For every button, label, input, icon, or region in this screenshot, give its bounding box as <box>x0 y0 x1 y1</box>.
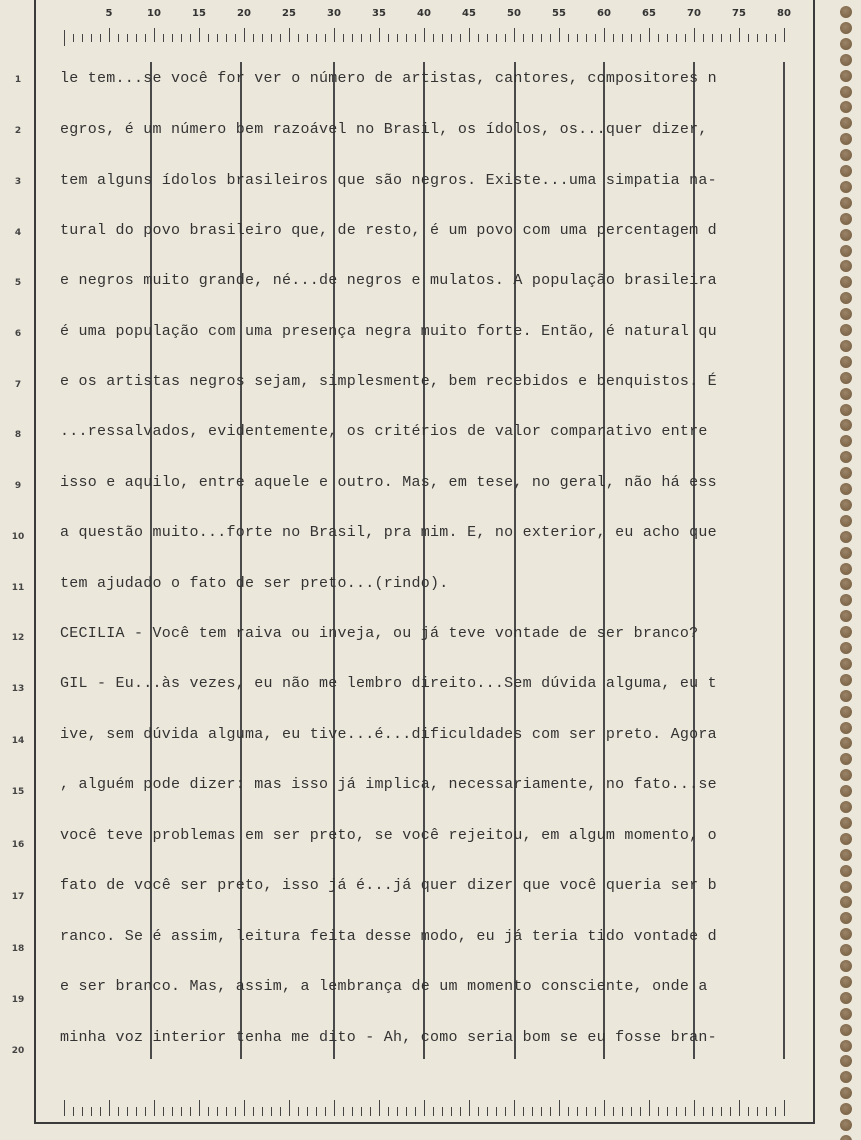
line-number: 20 <box>10 1046 26 1056</box>
feed-hole-icon <box>840 753 852 765</box>
ruler-tick <box>613 34 614 42</box>
ruler-tick <box>415 1107 416 1116</box>
ruler-label: 50 <box>507 8 521 19</box>
feed-hole-icon <box>840 308 852 320</box>
ruler-tick <box>82 1107 83 1116</box>
ruler-tick <box>424 1100 425 1116</box>
line-number: 13 <box>10 684 26 694</box>
ruler-tick <box>190 34 191 42</box>
ruler-label: 45 <box>462 8 476 19</box>
ruler-tick <box>118 34 119 42</box>
ruler-tick <box>100 1107 101 1116</box>
feed-hole-icon <box>840 1087 852 1099</box>
ruler-tick <box>352 1107 353 1116</box>
ruler-label: 55 <box>552 8 566 19</box>
feed-hole-icon <box>840 451 852 463</box>
ruler-tick <box>595 1107 596 1116</box>
line-number: 6 <box>10 329 26 339</box>
ruler-tick <box>289 28 290 42</box>
feed-hole-icon <box>840 801 852 813</box>
ruler-tick <box>235 1107 236 1116</box>
column-guide-line <box>150 62 152 1059</box>
text-line: e ser branco. Mas, assim, a lembrança de… <box>60 978 708 995</box>
ruler-tick <box>235 34 236 42</box>
ruler-tick <box>451 34 452 42</box>
ruler-tick <box>685 1107 686 1116</box>
ruler-tick <box>73 1107 74 1116</box>
ruler-tick <box>676 34 677 42</box>
line-number: 8 <box>10 430 26 440</box>
feed-hole-icon <box>840 6 852 18</box>
feed-hole-icon <box>840 1040 852 1052</box>
feed-hole-icon <box>840 706 852 718</box>
ruler-tick <box>424 28 425 42</box>
ruler-tick <box>523 1107 524 1116</box>
ruler-tick <box>568 1107 569 1116</box>
feed-hole-icon <box>840 483 852 495</box>
feed-hole-icon <box>840 563 852 575</box>
feed-hole-icon <box>840 54 852 66</box>
ruler-label: 5 <box>106 8 113 19</box>
feed-hole-icon <box>840 658 852 670</box>
feed-hole-icon <box>840 213 852 225</box>
ruler-tick <box>397 34 398 42</box>
feed-hole-icon <box>840 896 852 908</box>
ruler-tick <box>370 1107 371 1116</box>
line-number: 12 <box>10 633 26 643</box>
ruler-tick <box>469 1100 470 1116</box>
text-line: ive, sem dúvida alguma, eu tive...é...di… <box>60 726 717 743</box>
ruler-tick <box>325 34 326 42</box>
feed-hole-icon <box>840 960 852 972</box>
line-number: 5 <box>10 278 26 288</box>
ruler-tick <box>586 1107 587 1116</box>
text-line: é uma população com uma presença negra m… <box>60 323 717 340</box>
ruler-tick <box>307 34 308 42</box>
line-number: 17 <box>10 892 26 902</box>
ruler-tick <box>127 34 128 42</box>
line-number: 14 <box>10 736 26 746</box>
ruler-tick <box>154 28 155 42</box>
ruler-tick <box>118 1107 119 1116</box>
ruler-tick <box>361 34 362 42</box>
feed-hole-icon <box>840 22 852 34</box>
feed-hole-icon <box>840 769 852 781</box>
feed-hole-icon <box>840 404 852 416</box>
ruler-tick <box>685 34 686 42</box>
feed-hole-icon <box>840 626 852 638</box>
feed-hole-icon <box>840 165 852 177</box>
feed-hole-icon <box>840 642 852 654</box>
line-number: 15 <box>10 787 26 797</box>
ruler-tick <box>109 1100 110 1116</box>
ruler-tick <box>271 34 272 42</box>
ruler-tick <box>568 34 569 42</box>
feed-hole-icon <box>840 86 852 98</box>
ruler-label: 35 <box>372 8 386 19</box>
ruler-tick <box>550 34 551 42</box>
ruler-tick <box>442 1107 443 1116</box>
ruler-tick <box>433 1107 434 1116</box>
ruler-tick <box>631 34 632 42</box>
feed-hole-icon <box>840 499 852 511</box>
feed-hole-icon <box>840 976 852 988</box>
ruler-tick <box>253 1107 254 1116</box>
text-line: você teve problemas em ser preto, se voc… <box>60 827 717 844</box>
ruler-tick <box>190 1107 191 1116</box>
column-guide-line <box>333 62 335 1059</box>
feed-hole-icon <box>840 944 852 956</box>
feed-hole-icon <box>840 229 852 241</box>
ruler-tick <box>730 1107 731 1116</box>
ruler-tick <box>496 1107 497 1116</box>
ruler-tick <box>505 1107 506 1116</box>
ruler-tick <box>613 1107 614 1116</box>
ruler-tick <box>595 34 596 42</box>
ruler-tick <box>640 34 641 42</box>
ruler-tick <box>604 28 605 42</box>
ruler-tick <box>217 1107 218 1116</box>
ruler-label: 40 <box>417 8 431 19</box>
ruler-tick <box>676 1107 677 1116</box>
ruler-tick <box>361 1107 362 1116</box>
ruler-tick <box>64 30 65 46</box>
ruler-tick <box>208 1107 209 1116</box>
ruler-tick <box>244 28 245 42</box>
ruler-tick <box>730 34 731 42</box>
ruler-tick <box>298 34 299 42</box>
ruler-tick <box>784 1100 785 1116</box>
line-number: 19 <box>10 995 26 1005</box>
ruler-tick <box>658 1107 659 1116</box>
line-number: 2 <box>10 126 26 136</box>
frame-right-border <box>813 0 815 1124</box>
ruler-tick <box>505 34 506 42</box>
typewritten-page: 5101520253035404550556065707580 1 le tem… <box>0 0 861 1140</box>
ruler-tick <box>442 34 443 42</box>
ruler-tick <box>172 34 173 42</box>
ruler-tick <box>163 34 164 42</box>
ruler-tick <box>766 1107 767 1116</box>
text-line: tural do povo brasileiro que, de resto, … <box>60 222 717 239</box>
feed-hole-icon <box>840 340 852 352</box>
ruler-tick <box>388 1107 389 1116</box>
column-guide-line <box>514 62 516 1059</box>
ruler-tick <box>784 28 785 42</box>
ruler-tick <box>667 1107 668 1116</box>
ruler-tick <box>334 28 335 42</box>
frame-bottom-border <box>34 1122 815 1124</box>
ruler-tick <box>748 34 749 42</box>
feed-hole-icon <box>840 578 852 590</box>
feed-hole-icon <box>840 881 852 893</box>
column-guide-line <box>423 62 425 1059</box>
feed-hole-icon <box>840 610 852 622</box>
ruler-tick <box>280 34 281 42</box>
ruler-tick <box>667 34 668 42</box>
feed-hole-icon <box>840 276 852 288</box>
feed-hole-icon <box>840 101 852 113</box>
ruler-tick <box>721 1107 722 1116</box>
feed-hole-icon <box>840 419 852 431</box>
ruler-tick <box>514 1100 515 1116</box>
ruler-tick <box>181 1107 182 1116</box>
feed-hole-icon <box>840 1103 852 1115</box>
ruler-tick <box>469 28 470 42</box>
ruler-tick <box>739 28 740 42</box>
ruler-tick <box>559 1100 560 1116</box>
feed-hole-icon <box>840 70 852 82</box>
ruler-tick <box>388 34 389 42</box>
ruler-tick <box>775 1107 776 1116</box>
ruler-tick <box>127 1107 128 1116</box>
ruler-tick <box>136 1107 137 1116</box>
ruler-tick <box>289 1100 290 1116</box>
ruler-tick <box>91 34 92 42</box>
line-number: 18 <box>10 944 26 954</box>
ruler-tick <box>316 34 317 42</box>
ruler-tick <box>262 1107 263 1116</box>
ruler-tick <box>352 34 353 42</box>
ruler-tick <box>262 34 263 42</box>
column-guide-line <box>240 62 242 1059</box>
feed-hole-icon <box>840 260 852 272</box>
feed-hole-icon <box>840 912 852 924</box>
text-line: ranco. Se é assim, leitura feita desse m… <box>60 928 717 945</box>
ruler-tick <box>460 34 461 42</box>
ruler-label: 80 <box>777 8 791 19</box>
ruler-tick <box>406 1107 407 1116</box>
ruler-tick <box>658 34 659 42</box>
ruler-tick <box>487 1107 488 1116</box>
ruler-tick <box>370 34 371 42</box>
ruler-tick <box>334 1100 335 1116</box>
feed-hole-icon <box>840 515 852 527</box>
feed-hole-icon <box>840 865 852 877</box>
ruler-tick <box>748 1107 749 1116</box>
ruler-tick <box>181 34 182 42</box>
ruler-tick <box>199 1100 200 1116</box>
ruler-tick <box>766 34 767 42</box>
tractor-feed-holes <box>838 0 854 1140</box>
feed-hole-icon <box>840 38 852 50</box>
ruler-tick <box>163 1107 164 1116</box>
feed-hole-icon <box>840 817 852 829</box>
text-line: tem ajudado o fato de ser preto...(rindo… <box>60 575 449 592</box>
ruler-tick <box>280 1107 281 1116</box>
feed-hole-icon <box>840 737 852 749</box>
text-line: egros, é um número bem razoável no Brasi… <box>60 121 708 138</box>
ruler-tick <box>712 1107 713 1116</box>
feed-hole-icon <box>840 928 852 940</box>
ruler-tick <box>577 1107 578 1116</box>
ruler-tick <box>136 34 137 42</box>
feed-hole-icon <box>840 674 852 686</box>
ruler-tick <box>64 1100 65 1116</box>
feed-hole-icon <box>840 1119 852 1131</box>
ruler-tick <box>721 34 722 42</box>
ruler-tick <box>298 1107 299 1116</box>
text-line: e os artistas negros sejam, simplesmente… <box>60 373 717 390</box>
feed-hole-icon <box>840 324 852 336</box>
ruler-label: 75 <box>732 8 746 19</box>
ruler-tick <box>478 1107 479 1116</box>
feed-hole-icon <box>840 292 852 304</box>
ruler-tick <box>649 28 650 42</box>
feed-hole-icon <box>840 547 852 559</box>
ruler-tick <box>343 1107 344 1116</box>
ruler-tick <box>109 28 110 42</box>
line-number: 9 <box>10 481 26 491</box>
feed-hole-icon <box>840 467 852 479</box>
ruler-tick <box>451 1107 452 1116</box>
ruler-tick <box>577 34 578 42</box>
line-number: 16 <box>10 840 26 850</box>
ruler-tick <box>622 34 623 42</box>
ruler-tick <box>415 34 416 42</box>
text-line: a questão muito...forte no Brasil, pra m… <box>60 524 717 541</box>
ruler-tick <box>199 28 200 42</box>
ruler-tick <box>82 34 83 42</box>
ruler-tick <box>541 1107 542 1116</box>
feed-hole-icon <box>840 722 852 734</box>
feed-hole-icon <box>840 388 852 400</box>
ruler-tick <box>496 34 497 42</box>
ruler-tick <box>253 34 254 42</box>
ruler-tick <box>307 1107 308 1116</box>
ruler-tick <box>316 1107 317 1116</box>
ruler-label: 65 <box>642 8 656 19</box>
text-line: , alguém pode dizer: mas isso já implica… <box>60 776 717 793</box>
ruler-tick <box>397 1107 398 1116</box>
ruler-tick <box>757 34 758 42</box>
text-line: fato de você ser preto, isso já é...já q… <box>60 877 717 894</box>
feed-hole-icon <box>840 181 852 193</box>
ruler-label: 60 <box>597 8 611 19</box>
ruler-tick <box>244 1100 245 1116</box>
ruler-tick <box>604 1100 605 1116</box>
ruler-tick <box>712 34 713 42</box>
line-number: 3 <box>10 177 26 187</box>
ruler-tick <box>460 1107 461 1116</box>
text-line: minha voz interior tenha me dito - Ah, c… <box>60 1029 717 1046</box>
ruler-tick <box>406 34 407 42</box>
column-guide-line <box>693 62 695 1059</box>
ruler-label: 25 <box>282 8 296 19</box>
text-line: GIL - Eu...às vezes, eu não me lembro di… <box>60 675 717 692</box>
ruler-tick <box>775 34 776 42</box>
ruler-tick <box>622 1107 623 1116</box>
ruler-tick <box>550 1107 551 1116</box>
ruler-tick <box>154 1100 155 1116</box>
ruler-label: 30 <box>327 8 341 19</box>
feed-hole-icon <box>840 1008 852 1020</box>
column-guide-line <box>783 62 785 1059</box>
ruler-tick <box>559 28 560 42</box>
feed-hole-icon <box>840 992 852 1004</box>
ruler-tick <box>208 34 209 42</box>
ruler-tick <box>541 34 542 42</box>
ruler-tick <box>379 1100 380 1116</box>
line-number: 1 <box>10 75 26 85</box>
ruler-tick <box>145 1107 146 1116</box>
ruler-tick <box>640 1107 641 1116</box>
text-line: tem alguns ídolos brasileiros que são ne… <box>60 172 717 189</box>
character-ruler-top: 5101520253035404550556065707580 <box>64 8 794 42</box>
ruler-label: 15 <box>192 8 206 19</box>
ruler-tick <box>631 1107 632 1116</box>
feed-hole-icon <box>840 690 852 702</box>
ruler-tick <box>757 1107 758 1116</box>
text-line: CECILIA - Você tem raiva ou inveja, ou j… <box>60 625 698 642</box>
feed-hole-icon <box>840 1071 852 1083</box>
feed-hole-icon <box>840 245 852 257</box>
text-line: isso e aquilo, entre aquele e outro. Mas… <box>60 474 717 491</box>
feed-hole-icon <box>840 785 852 797</box>
ruler-tick <box>172 1107 173 1116</box>
ruler-label: 10 <box>147 8 161 19</box>
feed-hole-icon <box>840 149 852 161</box>
ruler-tick <box>226 1107 227 1116</box>
feed-hole-icon <box>840 849 852 861</box>
text-line: e negros muito grande, né...de negros e … <box>60 272 717 289</box>
ruler-tick <box>694 1100 695 1116</box>
ruler-tick <box>532 34 533 42</box>
feed-hole-icon <box>840 372 852 384</box>
ruler-tick <box>514 28 515 42</box>
feed-hole-icon <box>840 531 852 543</box>
frame-left-border <box>34 0 36 1124</box>
ruler-tick <box>91 1107 92 1116</box>
feed-hole-icon <box>840 594 852 606</box>
ruler-label: 20 <box>237 8 251 19</box>
ruler-tick <box>73 34 74 42</box>
feed-hole-icon <box>840 133 852 145</box>
ruler-tick <box>217 34 218 42</box>
feed-hole-icon <box>840 1024 852 1036</box>
ruler-tick <box>100 34 101 42</box>
feed-hole-icon <box>840 117 852 129</box>
ruler-tick <box>523 34 524 42</box>
ruler-tick <box>343 34 344 42</box>
ruler-tick <box>739 1100 740 1116</box>
ruler-tick <box>478 34 479 42</box>
line-number: 7 <box>10 380 26 390</box>
line-number: 4 <box>10 228 26 238</box>
ruler-tick <box>703 34 704 42</box>
ruler-tick <box>703 1107 704 1116</box>
feed-hole-icon <box>840 1055 852 1067</box>
character-ruler-bottom <box>64 1094 794 1116</box>
feed-hole-icon <box>840 435 852 447</box>
ruler-tick <box>433 34 434 42</box>
ruler-tick <box>532 1107 533 1116</box>
feed-hole-icon <box>840 833 852 845</box>
ruler-tick <box>487 34 488 42</box>
feed-hole-icon <box>840 1135 852 1140</box>
line-number: 11 <box>10 583 26 593</box>
ruler-label: 70 <box>687 8 701 19</box>
ruler-tick <box>226 34 227 42</box>
text-line: le tem...se você for ver o número de art… <box>60 70 717 87</box>
ruler-tick <box>379 28 380 42</box>
ruler-tick <box>694 28 695 42</box>
line-number: 10 <box>10 532 26 542</box>
ruler-tick <box>271 1107 272 1116</box>
ruler-tick <box>145 34 146 42</box>
ruler-tick <box>586 34 587 42</box>
ruler-tick <box>325 1107 326 1116</box>
